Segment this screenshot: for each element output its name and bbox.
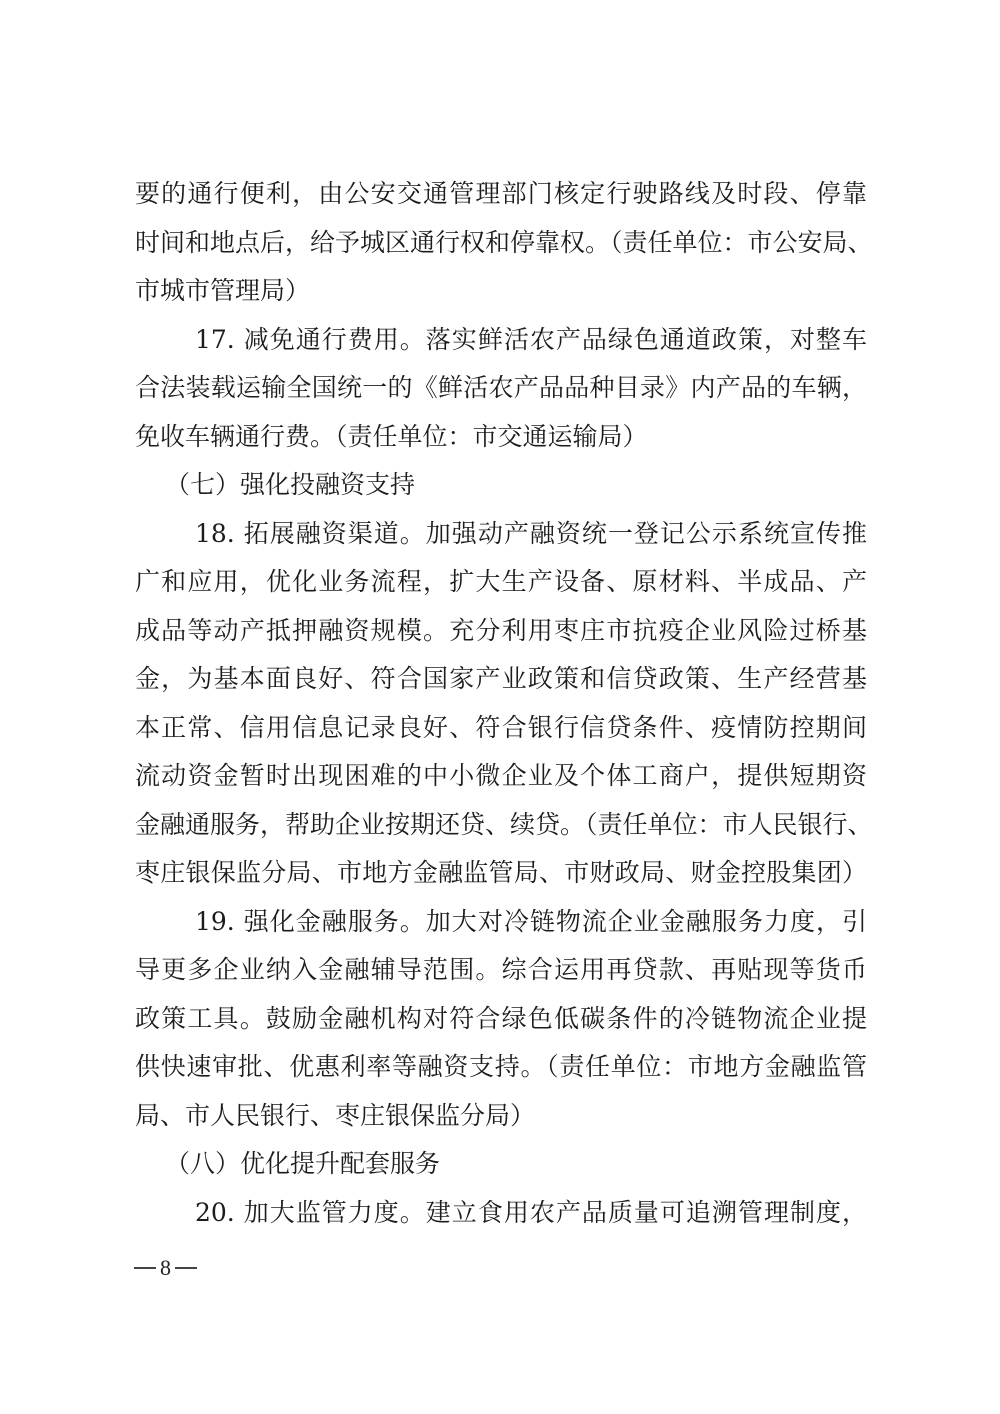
paragraph-line: 免收车辆通行费。（责任单位：市交通运输局） xyxy=(135,413,867,462)
paragraph-line: 本正常、信用信息记录良好、符合银行信贷条件、疫情防控期间 xyxy=(135,704,867,753)
paragraph-line: 金，为基本面良好、符合国家产业政策和信贷政策、生产经营基 xyxy=(135,655,867,704)
paragraph-line: 市城市管理局） xyxy=(135,267,867,316)
paragraph-line: 要的通行便利，由公安交通管理部门核定行驶路线及时段、停靠 xyxy=(135,170,867,219)
dash-left xyxy=(134,1267,156,1269)
item-20-line: 20. 加大监管力度。建立食用农产品质量可追溯管理制度， xyxy=(135,1189,867,1238)
paragraph-line: 导更多企业纳入金融辅导范围。综合运用再贷款、再贴现等货币 xyxy=(135,946,867,995)
paragraph-line: 枣庄银保监分局、市地方金融监管局、市财政局、财金控股集团） xyxy=(135,849,867,898)
page-number-footer: 8 xyxy=(134,1255,197,1281)
item-17-line: 17. 减免通行费用。落实鲜活农产品绿色通道政策，对整车 xyxy=(135,316,867,365)
paragraph-line: 成品等动产抵押融资规模。充分利用枣庄市抗疫企业风险过桥基 xyxy=(135,607,867,656)
paragraph-line: 合法装载运输全国统一的《鲜活农产品品种目录》内产品的车辆， xyxy=(135,364,867,413)
paragraph-line: 政策工具。鼓励金融机构对符合绿色低碳条件的冷链物流企业提 xyxy=(135,995,867,1044)
paragraph-line: 局、市人民银行、枣庄银保监分局） xyxy=(135,1092,867,1141)
paragraph-line: 广和应用，优化业务流程，扩大生产设备、原材料、半成品、产 xyxy=(135,558,867,607)
item-18-line: 18. 拓展融资渠道。加强动产融资统一登记公示系统宣传推 xyxy=(135,510,867,559)
paragraph-line: 流动资金暂时出现困难的中小微企业及个体工商户，提供短期资 xyxy=(135,752,867,801)
paragraph-line: 金融通服务，帮助企业按期还贷、续贷。（责任单位：市人民银行、 xyxy=(135,801,867,850)
item-19-line: 19. 强化金融服务。加大对冷链物流企业金融服务力度，引 xyxy=(135,898,867,947)
section-heading-7: （七）强化投融资支持 xyxy=(135,461,867,510)
dash-right xyxy=(175,1267,197,1269)
section-heading-8: （八）优化提升配套服务 xyxy=(135,1140,867,1189)
paragraph-line: 供快速审批、优惠利率等融资支持。（责任单位：市地方金融监管 xyxy=(135,1043,867,1092)
document-page: 要的通行便利，由公安交通管理部门核定行驶路线及时段、停靠 时间和地点后，给予城区… xyxy=(0,0,1000,1414)
document-body: 要的通行便利，由公安交通管理部门核定行驶路线及时段、停靠 时间和地点后，给予城区… xyxy=(135,170,867,1237)
paragraph-line: 时间和地点后，给予城区通行权和停靠权。（责任单位：市公安局、 xyxy=(135,219,867,268)
page-number: 8 xyxy=(160,1255,171,1281)
